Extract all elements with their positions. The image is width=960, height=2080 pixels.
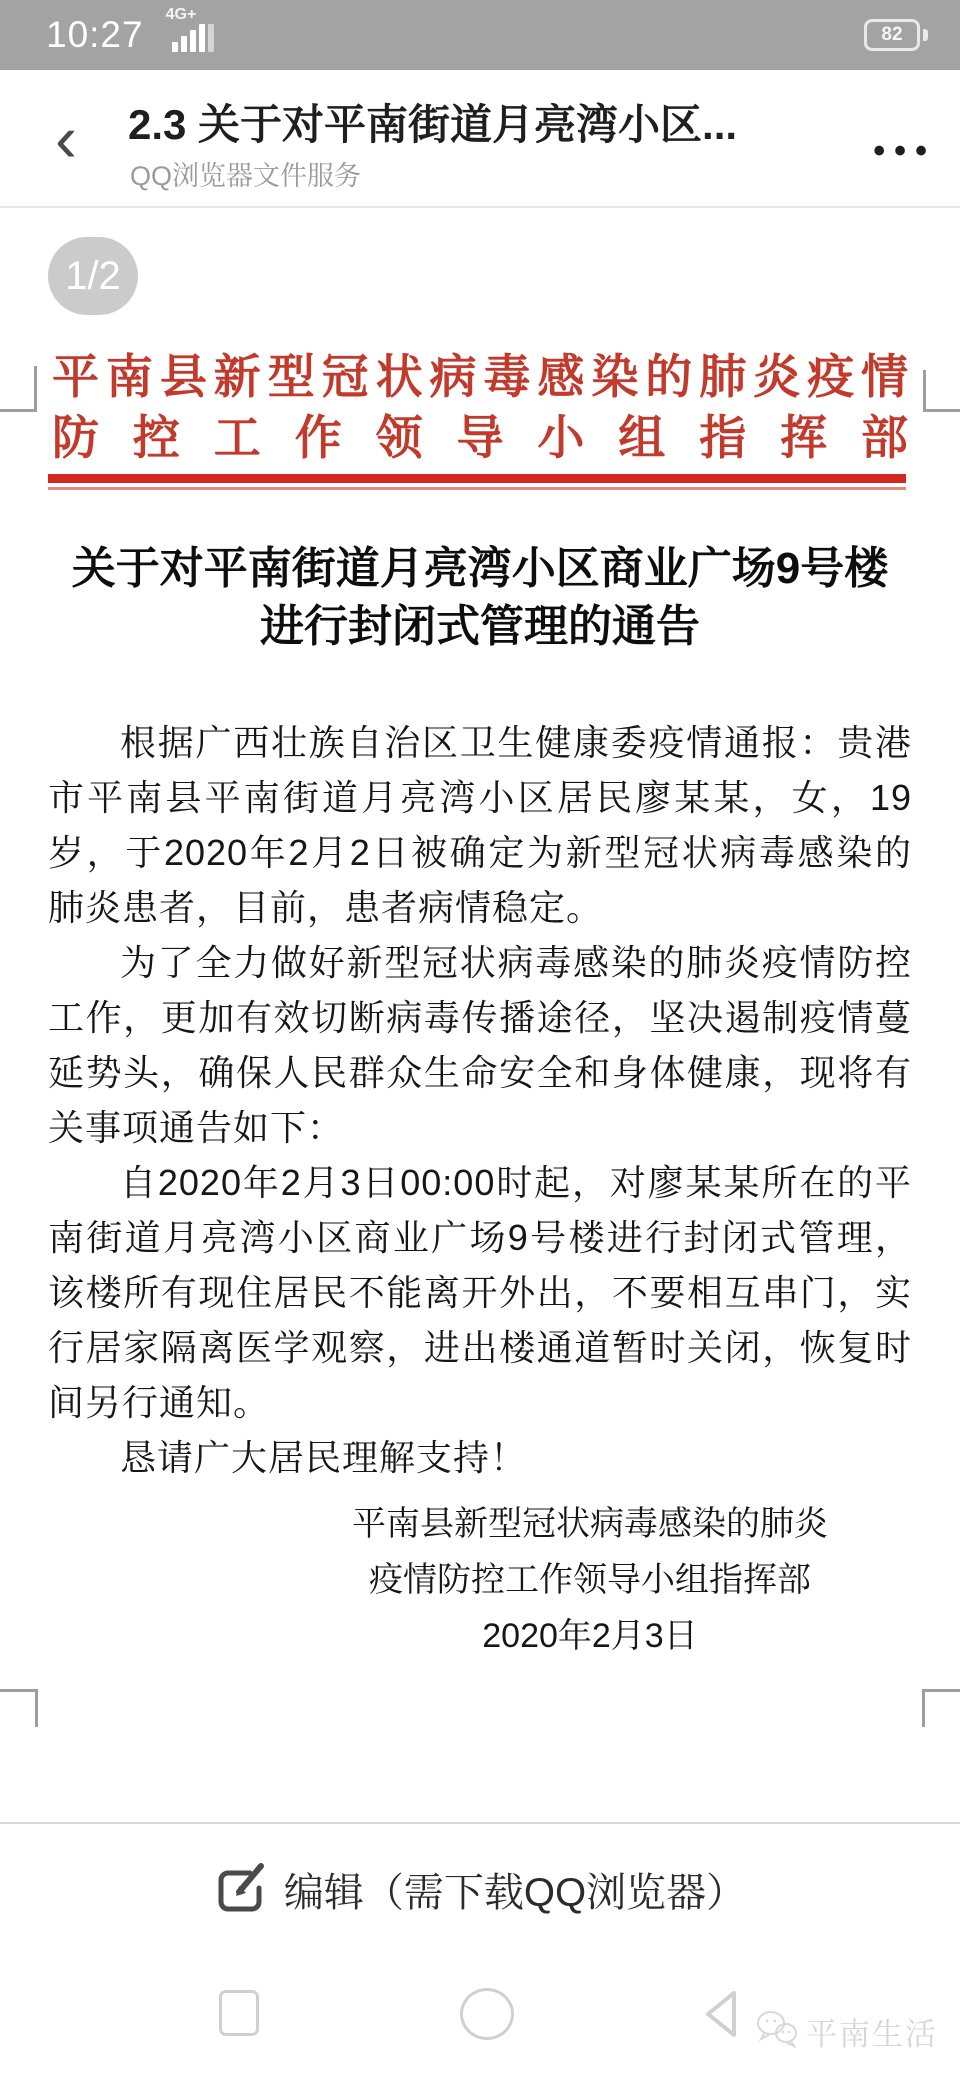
next-page-corner-mark	[922, 1689, 960, 1727]
signal-bar	[190, 30, 196, 52]
status-bar: 10:27 4G+ 82	[0, 0, 960, 70]
next-page-corner-mark	[0, 1689, 38, 1727]
rule-thin-line	[48, 487, 906, 490]
toolbar-divider	[0, 1822, 960, 1824]
overflow-menu-button[interactable]: •••	[873, 132, 936, 171]
signature-line1: 平南县新型冠状病毒感染的肺炎	[350, 1496, 830, 1552]
signal-bar	[199, 24, 205, 52]
notice-title: 关于对平南街道月亮湾小区商业广场9号楼 进行封闭式管理的通告	[60, 540, 900, 656]
letterhead-line1: 平南县新型冠状病毒感染的肺炎疫情	[52, 346, 908, 407]
signal-bar	[208, 24, 214, 52]
edit-button-label: 编辑（需下载QQ浏览器）	[284, 1861, 746, 1918]
prev-page-corner-mark	[0, 366, 37, 412]
clock: 10:27	[46, 14, 144, 56]
edit-button[interactable]: 编辑（需下载QQ浏览器）	[0, 1846, 960, 1932]
signal-bar	[181, 36, 187, 52]
battery-nub	[923, 29, 928, 41]
wechat-bubbles-icon	[754, 2008, 800, 2055]
signal-bar	[172, 42, 178, 52]
signal-bars-icon	[172, 24, 214, 52]
back-button[interactable]: ‹	[38, 98, 94, 178]
paragraph: 自2020年2月3日00:00时起，对廖某某所在的平南街道月亮湾小区商业广场9号…	[48, 1155, 912, 1430]
notice-title-line2: 进行封闭式管理的通告	[60, 598, 900, 656]
letterhead: 平南县新型冠状病毒感染的肺炎疫情 防控工作领导小组指挥部	[52, 346, 908, 468]
signature-date: 2020年2月3日	[350, 1608, 830, 1664]
letterhead-double-rule	[48, 474, 906, 490]
watermark-label: 平南生活	[806, 2009, 938, 2054]
battery-percent: 82	[881, 24, 902, 46]
document-page[interactable]: 1/2 平南县新型冠状病毒感染的肺炎疫情 防控工作领导小组指挥部 关于对平南街道…	[0, 210, 960, 1822]
edit-icon	[214, 1858, 270, 1921]
recents-nav-button[interactable]	[219, 1990, 259, 2036]
network-type-label: 4G+	[166, 6, 197, 24]
back-nav-button[interactable]	[700, 1988, 744, 2045]
file-title: 2.3 关于对平南街道月亮湾小区...	[128, 92, 848, 152]
paragraph: 根据广西壮族自治区卫生健康委疫情通报：贵港市平南县平南街道月亮湾小区居民廖某某，…	[48, 715, 912, 935]
home-nav-button[interactable]	[460, 1988, 514, 2040]
prev-page-corner-mark	[923, 370, 960, 412]
paragraph: 恳请广大居民理解支持！	[48, 1430, 912, 1485]
phone-screen: 10:27 4G+ 82 ‹ 2.3 关于对平南街道月亮湾小区... QQ浏览器…	[0, 0, 960, 2080]
page-indicator-badge: 1/2	[48, 237, 138, 315]
signal-strength-icon: 4G+	[172, 18, 214, 52]
app-header: ‹ 2.3 关于对平南街道月亮湾小区... QQ浏览器文件服务 •••	[0, 70, 960, 208]
file-source-label: QQ浏览器文件服务	[130, 154, 361, 193]
letterhead-line2: 防控工作领导小组指挥部	[52, 407, 908, 468]
paragraph: 为了全力做好新型冠状病毒感染的肺炎疫情防控工作，更加有效切断病毒传播途径，坚决遏…	[48, 935, 912, 1155]
watermark: 平南生活	[754, 2008, 938, 2055]
notice-title-line1: 关于对平南街道月亮湾小区商业广场9号楼	[60, 540, 900, 598]
signature-block: 平南县新型冠状病毒感染的肺炎 疫情防控工作领导小组指挥部 2020年2月3日	[350, 1496, 830, 1664]
signature-line2: 疫情防控工作领导小组指挥部	[350, 1552, 830, 1608]
notice-body: 根据广西壮族自治区卫生健康委疫情通报：贵港市平南县平南街道月亮湾小区居民廖某某，…	[48, 715, 912, 1485]
rule-thick-line	[48, 474, 906, 483]
battery-icon: 82	[864, 19, 920, 51]
